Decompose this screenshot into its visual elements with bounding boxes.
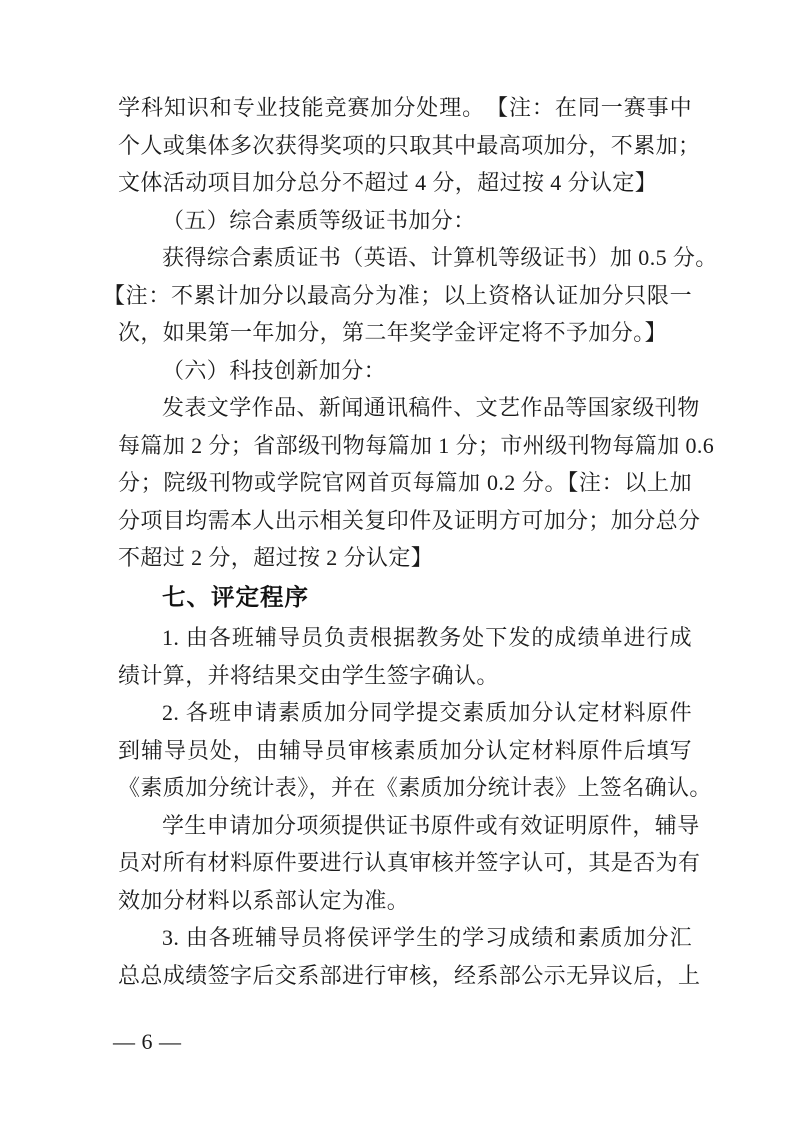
text-line: 次，如果第一年加分，第二年奖学金评定将不予加分。】: [118, 314, 692, 352]
text-line: 3. 由各班辅导员将侯评学生的学习成绩和素质加分汇: [118, 919, 692, 957]
paragraph: 3. 由各班辅导员将侯评学生的学习成绩和素质加分汇总总成绩签字后交系部进行审核，…: [118, 919, 692, 994]
text-line: 2. 各班申请素质加分同学提交素质加分认定材料原件: [118, 694, 692, 732]
paragraph: 学科知识和专业技能竞赛加分处理。 【注：在同一赛事中个人或集体多次获得奖项的只取…: [118, 89, 692, 202]
text-line: 学生申请加分项须提供证书原件或有效证明原件，辅导: [118, 807, 692, 845]
text-line: 分项目均需本人出示相关复印件及证明方可加分；加分总分: [118, 502, 692, 540]
paragraph: 2. 各班申请素质加分同学提交素质加分认定材料原件到辅导员处，由辅导员审核素质加…: [118, 694, 692, 807]
text-line: 文体活动项目加分总分不超过 4 分，超过按 4 分认定】: [118, 164, 692, 202]
paragraph: （五）综合素质等级证书加分：: [118, 202, 692, 240]
text-line: 《素质加分统计表》，并在《素质加分统计表》上签名确认。: [118, 769, 692, 807]
text-line: （六）科技创新加分：: [118, 352, 692, 390]
text-line: 获得综合素质证书（英语、计算机等级证书）加 0.5 分。: [118, 239, 692, 277]
text-line: 发表文学作品、新闻通讯稿件、文艺作品等国家级刊物: [118, 389, 692, 427]
paragraph: 发表文学作品、新闻通讯稿件、文艺作品等国家级刊物每篇加 2 分；省部级刊物每篇加…: [118, 389, 692, 577]
text-line: 员对所有材料原件要进行认真审核并签字认可，其是否为有: [118, 844, 692, 882]
text-line: 绩计算，并将结果交由学生签字确认。: [118, 657, 692, 695]
paragraph: 获得综合素质证书（英语、计算机等级证书）加 0.5 分。【注：不累计加分以最高分…: [118, 239, 692, 352]
text-line: 总总成绩签字后交系部进行审核，经系部公示无异议后，上: [118, 957, 692, 995]
page-number: — 6 —: [113, 1029, 182, 1055]
section-heading: 七、评定程序: [118, 579, 692, 617]
text-line: 学科知识和专业技能竞赛加分处理。 【注：在同一赛事中: [118, 89, 692, 127]
text-line: 分；院级刊物或学院官网首页每篇加 0.2 分。【注：以上加: [118, 464, 692, 502]
text-line: （五）综合素质等级证书加分：: [118, 202, 692, 240]
document-page: 学科知识和专业技能竞赛加分处理。 【注：在同一赛事中个人或集体多次获得奖项的只取…: [0, 0, 799, 1130]
paragraph: （六）科技创新加分：: [118, 352, 692, 390]
document-content: 学科知识和专业技能竞赛加分处理。 【注：在同一赛事中个人或集体多次获得奖项的只取…: [118, 89, 692, 994]
text-line: 不超过 2 分，超过按 2 分认定】: [118, 539, 692, 577]
text-line: 七、评定程序: [118, 579, 692, 617]
paragraph: 学生申请加分项须提供证书原件或有效证明原件，辅导员对所有材料原件要进行认真审核并…: [118, 807, 692, 920]
text-line: 1. 由各班辅导员负责根据教务处下发的成绩单进行成: [118, 619, 692, 657]
text-line: 【注：不累计加分以最高分为准；以上资格认证加分只限一: [103, 277, 692, 315]
paragraph: 1. 由各班辅导员负责根据教务处下发的成绩单进行成绩计算，并将结果交由学生签字确…: [118, 619, 692, 694]
text-line: 个人或集体多次获得奖项的只取其中最高项加分，不累加；: [118, 127, 692, 165]
text-line: 效加分材料以系部认定为准。: [118, 882, 692, 920]
text-line: 到辅导员处，由辅导员审核素质加分认定材料原件后填写: [118, 732, 692, 770]
text-line: 每篇加 2 分；省部级刊物每篇加 1 分；市州级刊物每篇加 0.6: [118, 427, 692, 465]
